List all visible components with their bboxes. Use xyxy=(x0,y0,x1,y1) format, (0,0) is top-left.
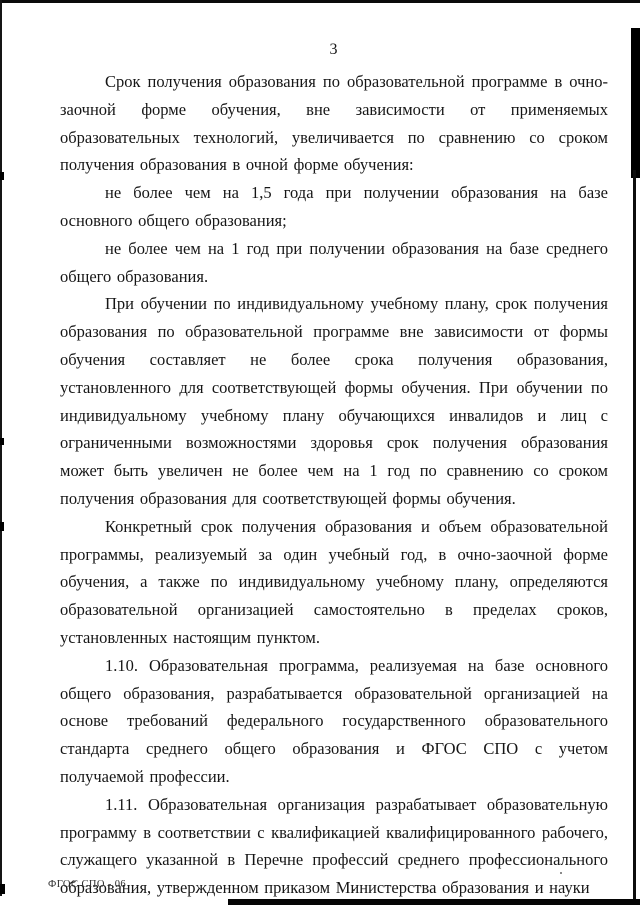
scan-edge-right xyxy=(633,170,636,905)
scan-edge-right-thick xyxy=(631,28,640,178)
paragraph-basis-secondary-general: не более чем на 1 год при получении обра… xyxy=(60,235,608,291)
scan-artifact xyxy=(0,438,4,445)
paragraph-clause-1-10: 1.10. Образовательная программа, реализу… xyxy=(60,652,608,791)
paragraph-term-evening-form: Срок получения образования по образовате… xyxy=(60,68,608,179)
paragraph-individual-plan: При обучении по индивидуальному учебному… xyxy=(60,290,608,512)
scan-edge-top xyxy=(0,0,640,3)
document-body: 3 Срок получения образования по образова… xyxy=(60,40,608,902)
footer-document-code: ФГОС СПО - 06 xyxy=(48,879,126,890)
scanned-document-page: 3 Срок получения образования по образова… xyxy=(0,0,640,905)
scan-artifact xyxy=(0,172,4,180)
scan-edge-left xyxy=(0,0,2,896)
paragraph-basis-basic-general: не более чем на 1,5 года при получении о… xyxy=(60,179,608,235)
scan-artifact xyxy=(0,884,5,894)
scan-artifact xyxy=(0,522,4,531)
paragraph-clause-1-11: 1.11. Образовательная организация разраб… xyxy=(60,791,608,902)
page-number: 3 xyxy=(60,40,608,60)
paragraph-specific-term: Конкретный срок получения образования и … xyxy=(60,513,608,652)
